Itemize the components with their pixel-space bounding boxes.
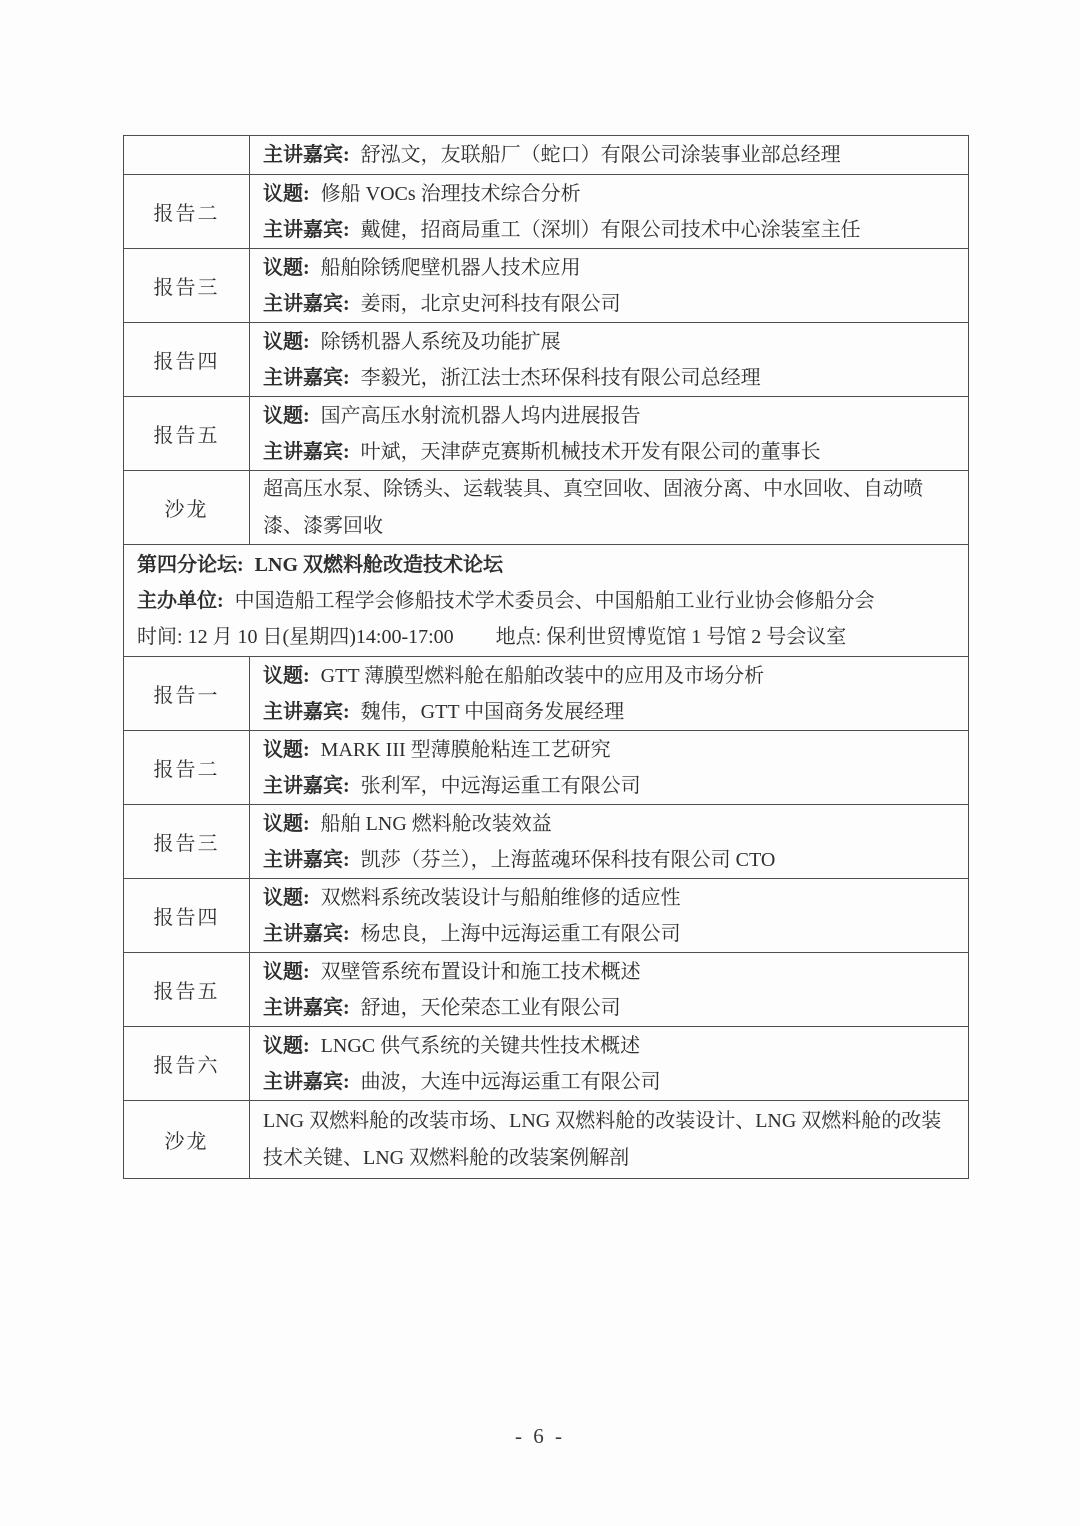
topic-label: 议题: [263,739,310,761]
topic-text: 双壁管系统布置设计和施工技术概述 [321,961,641,983]
forum4-organizer-line: 主办单位:中国造船工程学会修船技术学术委员会、中国船舶工业行业协会修船分会 [137,583,958,619]
table-row-forum3-report4: 报告四 议题:除锈机器人系统及功能扩展 主讲嘉宾:李毅光，浙江法士杰环保科技有限… [124,322,968,396]
speaker-line: 主讲嘉宾:叶斌，天津萨克赛斯机械技术开发有限公司的董事长 [263,434,958,470]
table-row-forum4-report4: 报告四 议题:双燃料系统改装设计与船舶维修的适应性 主讲嘉宾:杨忠良，上海中远海… [124,878,968,952]
report-detail-cell: 主讲嘉宾:舒泓文，友联船厂（蛇口）有限公司涂装事业部总经理 [250,136,968,174]
report-number-cell: 报告三 [124,249,250,322]
report-detail-cell: 议题:双燃料系统改装设计与船舶维修的适应性 主讲嘉宾:杨忠良，上海中远海运重工有… [250,879,968,952]
table-row-forum4-report2: 报告二 议题:MARK III 型薄膜舱粘连工艺研究 主讲嘉宾:张利军，中远海运… [124,730,968,804]
organizer-text: 中国造船工程学会修船技术学术委员会、中国船舶工业行业协会修船分会 [235,590,875,612]
topic-text: 船舶除锈爬壁机器人技术应用 [321,257,581,279]
topic-label: 议题: [263,183,310,205]
salon-label-cell: 沙龙 [124,1101,250,1178]
speaker-line: 主讲嘉宾:舒迪，天伦荣态工业有限公司 [263,990,958,1026]
speaker-text: 叶斌，天津萨克赛斯机械技术开发有限公司的董事长 [361,441,821,463]
speaker-label: 主讲嘉宾: [263,144,350,166]
speaker-label: 主讲嘉宾: [263,1071,350,1093]
report-detail-cell: 议题:国产高压水射流机器人坞内进展报告 主讲嘉宾:叶斌，天津萨克赛斯机械技术开发… [250,397,968,470]
report-detail-cell: 议题:船舶 LNG 燃料舱改装效益 主讲嘉宾:凯莎（芬兰），上海蓝魂环保科技有限… [250,805,968,878]
topic-text: 双燃料系统改装设计与船舶维修的适应性 [321,887,681,909]
page-number: - 6 - [0,1424,1080,1449]
topic-text: 除锈机器人系统及功能扩展 [321,331,561,353]
topic-line: 议题:GTT 薄膜型燃料舱在船舶改装中的应用及市场分析 [263,658,958,694]
report-number-cell: 报告四 [124,323,250,396]
forum4-header-cell: 第四分论坛:LNG 双燃料舱改造技术论坛 主办单位:中国造船工程学会修船技术学术… [124,545,968,656]
venue-label: 地点: [496,626,542,648]
topic-label: 议题: [263,257,310,279]
speaker-line: 主讲嘉宾:李毅光，浙江法士杰环保科技有限公司总经理 [263,360,958,396]
salon-text: LNG 双燃料舱的改装市场、LNG 双燃料舱的改装设计、LNG 双燃料舱的改装技… [263,1103,958,1177]
topic-line: 议题:双壁管系统布置设计和施工技术概述 [263,954,958,990]
speaker-line: 主讲嘉宾:曲波，大连中远海运重工有限公司 [263,1064,958,1100]
speaker-line: 主讲嘉宾:魏伟，GTT 中国商务发展经理 [263,694,958,730]
table-row-forum4-report5: 报告五 议题:双壁管系统布置设计和施工技术概述 主讲嘉宾:舒迪，天伦荣态工业有限… [124,952,968,1026]
topic-text: 修船 VOCs 治理技术综合分析 [321,183,581,205]
topic-label: 议题: [263,887,310,909]
topic-label: 议题: [263,961,310,983]
speaker-label: 主讲嘉宾: [263,441,350,463]
speaker-line: 主讲嘉宾:姜雨，北京史河科技有限公司 [263,286,958,322]
speaker-text: 戴健，招商局重工（深圳）有限公司技术中心涂装室主任 [361,219,861,241]
speaker-line: 主讲嘉宾:张利军，中远海运重工有限公司 [263,768,958,804]
topic-text: LNGC 供气系统的关键共性技术概述 [321,1035,640,1057]
report-number-cell: 报告五 [124,397,250,470]
speaker-line: 主讲嘉宾:舒泓文，友联船厂（蛇口）有限公司涂装事业部总经理 [263,137,958,173]
report-number-cell: 报告一 [124,657,250,730]
topic-text: GTT 薄膜型燃料舱在船舶改装中的应用及市场分析 [321,665,765,687]
conference-agenda-table: 主讲嘉宾:舒泓文，友联船厂（蛇口）有限公司涂装事业部总经理 报告二 议题:修船 … [123,135,969,1179]
speaker-text: 曲波，大连中远海运重工有限公司 [361,1071,661,1093]
speaker-text: 魏伟，GTT 中国商务发展经理 [361,701,625,723]
organizer-label: 主办单位: [137,590,224,612]
table-row-forum4-salon: 沙龙 LNG 双燃料舱的改装市场、LNG 双燃料舱的改装设计、LNG 双燃料舱的… [124,1100,968,1178]
speaker-label: 主讲嘉宾: [263,701,350,723]
topic-label: 议题: [263,813,310,835]
salon-detail-cell: LNG 双燃料舱的改装市场、LNG 双燃料舱的改装设计、LNG 双燃料舱的改装技… [250,1101,968,1178]
speaker-label: 主讲嘉宾: [263,997,350,1019]
report-detail-cell: 议题:双壁管系统布置设计和施工技术概述 主讲嘉宾:舒迪，天伦荣态工业有限公司 [250,953,968,1026]
speaker-label: 主讲嘉宾: [263,293,350,315]
table-row-carryover: 主讲嘉宾:舒泓文，友联船厂（蛇口）有限公司涂装事业部总经理 [124,136,968,174]
speaker-label: 主讲嘉宾: [263,923,350,945]
speaker-text: 舒泓文，友联船厂（蛇口）有限公司涂装事业部总经理 [361,144,841,166]
topic-text: 船舶 LNG 燃料舱改装效益 [321,813,552,835]
report-number-cell: 报告二 [124,731,250,804]
topic-line: 议题:船舶 LNG 燃料舱改装效益 [263,806,958,842]
topic-line: 议题:双燃料系统改装设计与船舶维修的适应性 [263,880,958,916]
report-detail-cell: 议题:修船 VOCs 治理技术综合分析 主讲嘉宾:戴健，招商局重工（深圳）有限公… [250,175,968,248]
topic-line: 议题:除锈机器人系统及功能扩展 [263,324,958,360]
report-detail-cell: 议题:除锈机器人系统及功能扩展 主讲嘉宾:李毅光，浙江法士杰环保科技有限公司总经… [250,323,968,396]
venue-text: 保利世贸博览馆 1 号馆 2 号会议室 [546,626,846,648]
speaker-text: 杨忠良，上海中远海运重工有限公司 [361,923,681,945]
report-number-cell: 报告五 [124,953,250,1026]
report-detail-cell: 议题:船舶除锈爬壁机器人技术应用 主讲嘉宾:姜雨，北京史河科技有限公司 [250,249,968,322]
speaker-label: 主讲嘉宾: [263,219,350,241]
salon-text: 超高压水泵、除锈头、运载装具、真空回收、固液分离、中水回收、自动喷漆、漆雾回收 [263,471,958,544]
table-row-forum3-report5: 报告五 议题:国产高压水射流机器人坞内进展报告 主讲嘉宾:叶斌，天津萨克赛斯机械… [124,396,968,470]
topic-text: 国产高压水射流机器人坞内进展报告 [321,405,641,427]
forum4-title: LNG 双燃料舱改造技术论坛 [255,554,503,576]
speaker-text: 舒迪，天伦荣态工业有限公司 [361,997,621,1019]
time-label: 时间: [137,626,183,648]
topic-label: 议题: [263,665,310,687]
report-detail-cell: 议题:GTT 薄膜型燃料舱在船舶改装中的应用及市场分析 主讲嘉宾:魏伟，GTT … [250,657,968,730]
speaker-line: 主讲嘉宾:杨忠良，上海中远海运重工有限公司 [263,916,958,952]
topic-line: 议题:修船 VOCs 治理技术综合分析 [263,176,958,212]
topic-line: 议题:国产高压水射流机器人坞内进展报告 [263,398,958,434]
salon-label-cell: 沙龙 [124,471,250,544]
topic-line: 议题:LNGC 供气系统的关键共性技术概述 [263,1028,958,1064]
speaker-label: 主讲嘉宾: [263,775,350,797]
report-number-cell: 报告二 [124,175,250,248]
topic-line: 议题:MARK III 型薄膜舱粘连工艺研究 [263,732,958,768]
table-row-forum4-report1: 报告一 议题:GTT 薄膜型燃料舱在船舶改装中的应用及市场分析 主讲嘉宾:魏伟，… [124,656,968,730]
topic-line: 议题:船舶除锈爬壁机器人技术应用 [263,250,958,286]
speaker-line: 主讲嘉宾:凯莎（芬兰），上海蓝魂环保科技有限公司 CTO [263,842,958,878]
report-detail-cell: 议题:LNGC 供气系统的关键共性技术概述 主讲嘉宾:曲波，大连中远海运重工有限… [250,1027,968,1100]
forum4-schedule-line: 时间: 12 月 10 日(星期四)14:00-17:00地点: 保利世贸博览馆… [137,619,958,655]
report-number-cell: 报告四 [124,879,250,952]
table-row-forum3-report2: 报告二 议题:修船 VOCs 治理技术综合分析 主讲嘉宾:戴健，招商局重工（深圳… [124,174,968,248]
topic-text: MARK III 型薄膜舱粘连工艺研究 [321,739,611,761]
report-number-cell: 报告六 [124,1027,250,1100]
speaker-label: 主讲嘉宾: [263,849,350,871]
table-row-forum3-report3: 报告三 议题:船舶除锈爬壁机器人技术应用 主讲嘉宾:姜雨，北京史河科技有限公司 [124,248,968,322]
table-row-forum4-report6: 报告六 议题:LNGC 供气系统的关键共性技术概述 主讲嘉宾:曲波，大连中远海运… [124,1026,968,1100]
speaker-text: 李毅光，浙江法士杰环保科技有限公司总经理 [361,367,761,389]
topic-label: 议题: [263,405,310,427]
report-number-cell-empty [124,136,250,174]
forum4-title-line: 第四分论坛:LNG 双燃料舱改造技术论坛 [137,547,958,583]
speaker-text: 凯莎（芬兰），上海蓝魂环保科技有限公司 CTO [361,849,776,871]
report-detail-cell: 议题:MARK III 型薄膜舱粘连工艺研究 主讲嘉宾:张利军，中远海运重工有限… [250,731,968,804]
report-number-cell: 报告三 [124,805,250,878]
forum4-title-label: 第四分论坛: [137,554,244,576]
speaker-label: 主讲嘉宾: [263,367,350,389]
speaker-text: 姜雨，北京史河科技有限公司 [361,293,621,315]
topic-label: 议题: [263,1035,310,1057]
speaker-line: 主讲嘉宾:戴健，招商局重工（深圳）有限公司技术中心涂装室主任 [263,212,958,248]
salon-detail-cell: 超高压水泵、除锈头、运载装具、真空回收、固液分离、中水回收、自动喷漆、漆雾回收 [250,471,968,544]
speaker-text: 张利军，中远海运重工有限公司 [361,775,641,797]
time-text: 12 月 10 日(星期四)14:00-17:00 [188,626,454,648]
table-row-forum3-salon: 沙龙 超高压水泵、除锈头、运载装具、真空回收、固液分离、中水回收、自动喷漆、漆雾… [124,470,968,544]
topic-label: 议题: [263,331,310,353]
table-row-forum4-report3: 报告三 议题:船舶 LNG 燃料舱改装效益 主讲嘉宾:凯莎（芬兰），上海蓝魂环保… [124,804,968,878]
forum4-section-header: 第四分论坛:LNG 双燃料舱改造技术论坛 主办单位:中国造船工程学会修船技术学术… [124,544,968,656]
